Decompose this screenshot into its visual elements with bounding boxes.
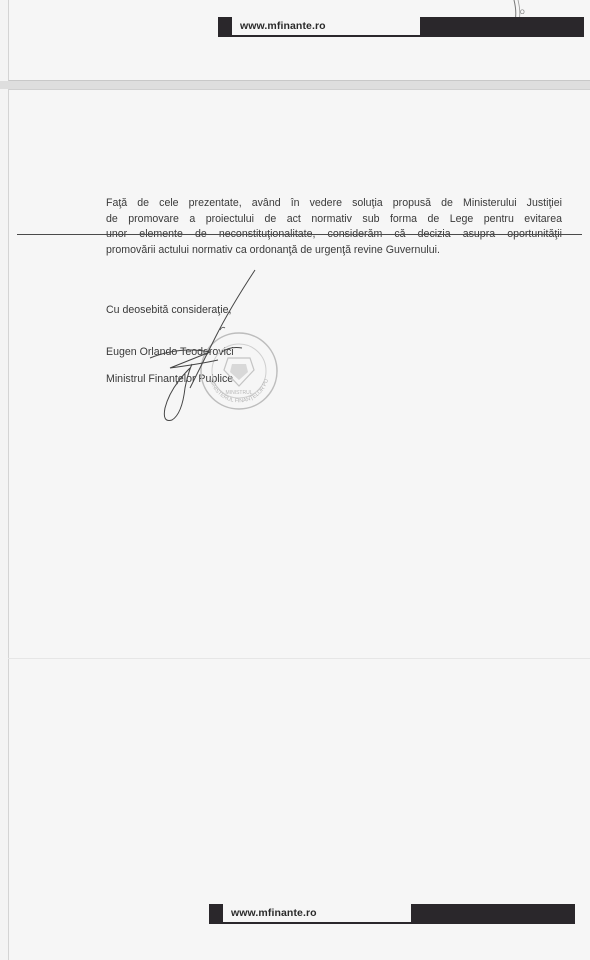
strikethrough-line — [17, 234, 582, 235]
page-separator — [0, 81, 590, 89]
footer-url[interactable]: www.mfinante.ro — [240, 20, 326, 32]
paragraph-line: Faţă de cele prezentate, având în vedere… — [106, 196, 562, 212]
svg-text:O: O — [520, 10, 525, 16]
handwritten-signature-icon — [130, 268, 270, 428]
body-paragraph: Faţă de cele prezentate, având în vedere… — [106, 196, 562, 258]
previous-page: O www.mfinante.ro — [8, 0, 590, 81]
paragraph-line: de promovare a proiectului de act normat… — [106, 212, 562, 228]
page-footer: www.mfinante.ro — [209, 904, 575, 924]
page-footer: www.mfinante.ro — [218, 17, 584, 37]
footer-url[interactable]: www.mfinante.ro — [231, 907, 317, 919]
paragraph-line: promovării actului normativ ca ordonanţă… — [106, 243, 562, 259]
scan-fold-line — [8, 658, 590, 659]
